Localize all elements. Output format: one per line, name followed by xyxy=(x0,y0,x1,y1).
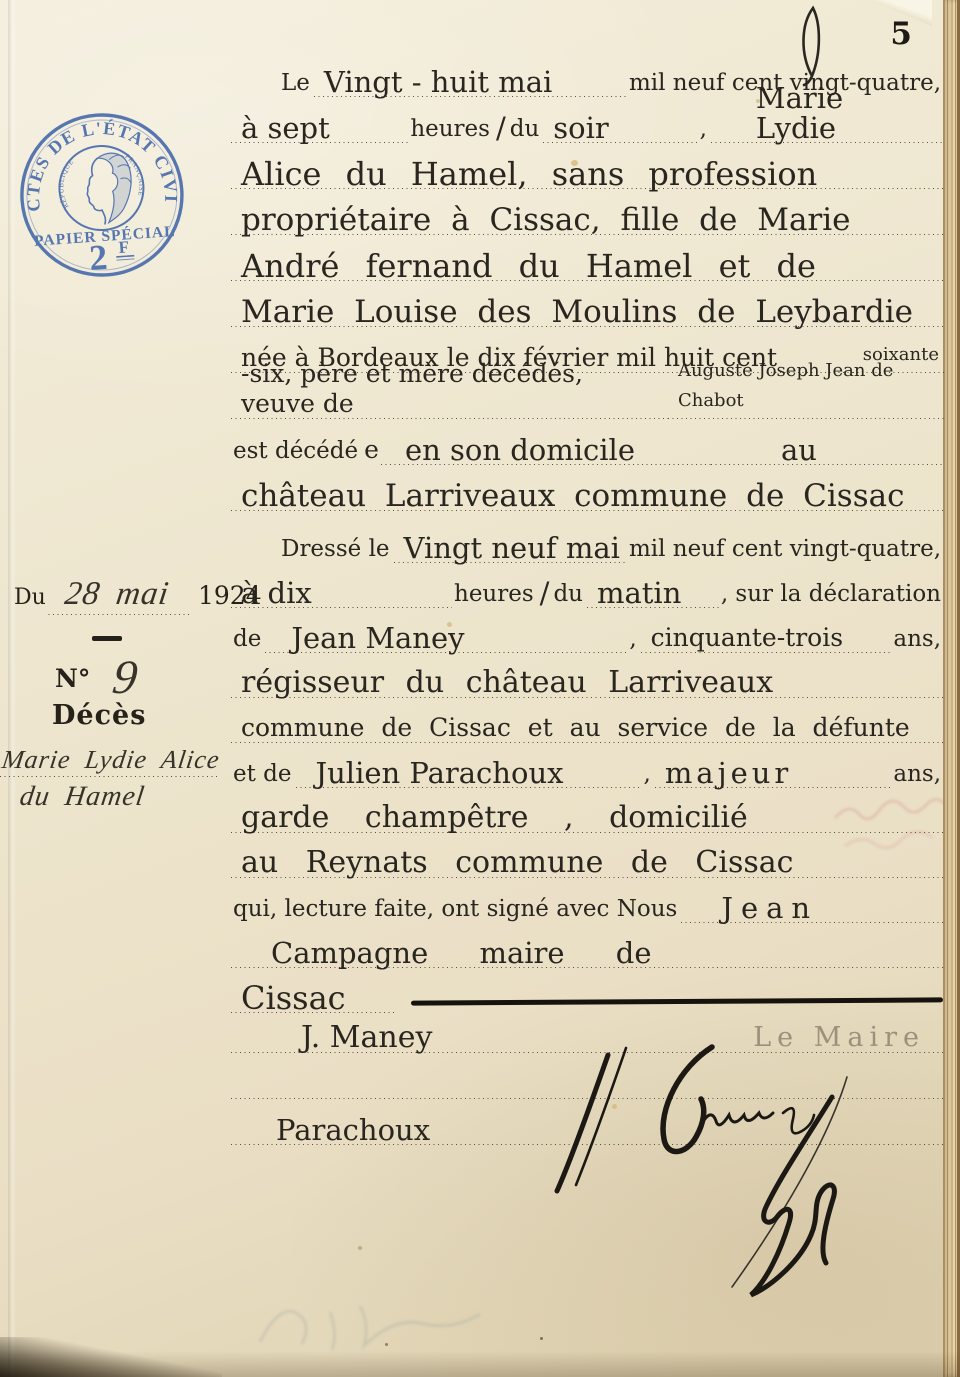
foxing-spot xyxy=(358,1246,362,1250)
printed-text: du xyxy=(551,581,587,608)
printed-text: ans, xyxy=(891,761,945,788)
numero-label: N° xyxy=(55,664,90,693)
printed-text: du xyxy=(508,116,544,143)
margin-date-handwritten: 28 mai xyxy=(48,576,195,615)
act-line-2: à sept heures / du soir , Marie Lydie xyxy=(231,97,945,143)
handwritten-text: garde champêtre , domicilié xyxy=(231,803,945,833)
printed-text: et de xyxy=(231,761,296,788)
handwritten-text-squeezed: Auguste Joseph Jean de Chabot xyxy=(668,356,945,419)
handwritten-name-start: Marie Lydie xyxy=(711,83,945,143)
printed-comma: , xyxy=(627,626,640,653)
act-line-3: Alice du Hamel, sans profession xyxy=(231,143,945,189)
marianne-profile-icon xyxy=(85,152,135,225)
handwritten-period: matin xyxy=(587,578,719,608)
revenue-stamp: ACTES DE L'ÉTAT CIVIL RÉPUBLIQUE FRANÇAI… xyxy=(10,102,194,290)
printed-text: mil neuf cent vingt-quatre, xyxy=(627,536,945,563)
handwritten-age: majeur xyxy=(655,758,892,788)
act-line-5: André fernand du Hamel et de xyxy=(231,235,945,281)
handwritten-text: régisseur du château Larriveaux xyxy=(231,668,945,698)
handwritten-slash: / xyxy=(538,578,552,608)
page-number: 5 xyxy=(890,16,912,52)
margin-date-line: Du 28 mai 1924 xyxy=(14,576,262,615)
act-line-6: Marie Louise des Moulins de Leybardie xyxy=(231,281,945,327)
acte-type-label: Décès xyxy=(52,700,146,731)
printed-comma: , xyxy=(698,116,711,143)
register-page: 5 ACTES DE L'ÉTAT CIVIL RÉPUBLIQUE FRANÇ… xyxy=(0,0,960,1377)
act-line-9: est décédé e en son domicile au xyxy=(231,419,945,465)
margin-deceased-name: Marie Lydie Alice du Hamel xyxy=(2,745,220,813)
handwritten-death-date: Vingt - huit mai xyxy=(314,67,627,97)
handwritten-age: cinquante-trois xyxy=(641,623,892,653)
act-line-12: à dix heures / du matin , sur la déclara… xyxy=(231,562,945,608)
printed-text: Le xyxy=(231,70,314,97)
handwritten-signatory-start: Jean xyxy=(681,893,945,923)
printed-text: Dressé le xyxy=(231,536,394,563)
act-line-20: Campagne maire de xyxy=(231,922,945,968)
page-crease-left xyxy=(8,0,16,1377)
handwritten-declarant-name: Julien Parachoux xyxy=(296,758,642,788)
printed-text: ans, xyxy=(891,626,945,653)
handwritten-text: commune de Cissac et au service de la dé… xyxy=(231,713,945,743)
handwritten-declarant-name: Jean Maney xyxy=(265,623,627,653)
signature-declarant-1: J. Maney xyxy=(231,1023,438,1053)
stamp-denomination-sup: F xyxy=(118,237,130,257)
deceased-name-line2: du Hamel xyxy=(0,781,222,813)
printed-text: heures xyxy=(452,581,538,608)
act-line-8: -six, père et mère décédés, veuve de Aug… xyxy=(231,373,945,419)
handwritten-text: château Larriveaux commune de Cissac xyxy=(231,481,945,511)
printed-text: est décédé xyxy=(231,438,362,465)
act-line-10: château Larriveaux commune de Cissac xyxy=(231,465,945,511)
handwritten-letter: e xyxy=(362,435,381,465)
act-line-16: et de Julien Parachoux , majeur ans, xyxy=(231,742,945,788)
printed-text: , sur la déclaration xyxy=(719,581,945,608)
margin-numero-line: N° 9 xyxy=(55,650,138,694)
act-line-13: de Jean Maney , cinquante-trois ans, xyxy=(231,607,945,653)
handwritten-text: propriétaire à Cissac, fille de Marie xyxy=(231,205,945,235)
act-line-17: garde champêtre , domicilié xyxy=(231,787,945,833)
printed-text: qui, lecture faite, ont signé avec Nous xyxy=(231,896,681,923)
handwritten-text: Marie Louise des Moulins de Leybardie xyxy=(231,297,945,327)
handwritten-record-date: Vingt neuf mai xyxy=(394,533,627,563)
printed-text: de xyxy=(231,626,265,653)
signature-declarant-2: Parachoux xyxy=(231,1115,436,1145)
act-line-15: commune de Cissac et au service de la dé… xyxy=(231,697,945,743)
act-line-14: régisseur du château Larriveaux xyxy=(231,652,945,698)
printed-comma: , xyxy=(642,761,655,788)
handwritten-text: André fernand du Hamel et de xyxy=(231,251,945,281)
mayor-signature xyxy=(480,1035,910,1345)
stamp-underline2 xyxy=(116,258,134,260)
handwritten-text: au Reynats commune de Cissac xyxy=(231,848,945,878)
handwritten-hour: à dix xyxy=(231,578,452,608)
act-line-11: Dressé le Vingt neuf mai mil neuf cent v… xyxy=(231,517,945,563)
ink-showthrough xyxy=(240,1282,500,1362)
handwritten-hour: à sept xyxy=(231,113,408,143)
act-line-19: qui, lecture faite, ont signé avec Nous … xyxy=(231,877,945,923)
deceased-name-line1: Marie Lydie Alice xyxy=(0,745,222,777)
handwritten-text: Alice du Hamel, sans profession xyxy=(231,159,945,189)
handwritten-text: au xyxy=(711,435,945,465)
stamp-republique-text: RÉPUBLIQUE xyxy=(55,157,78,210)
handwritten-period: soir xyxy=(543,113,697,143)
act-line-4: propriétaire à Cissac, fille de Marie xyxy=(231,189,945,235)
acte-number: 9 xyxy=(92,656,141,700)
ink-strike-line xyxy=(411,997,943,1005)
page-edge-bottom xyxy=(0,1351,960,1377)
handwritten-text: Campagne maire de xyxy=(231,938,945,968)
du-label: Du xyxy=(14,585,46,610)
stamp-denomination: 2 xyxy=(88,237,109,278)
printed-text: heures xyxy=(408,116,494,143)
handwritten-slash: / xyxy=(494,113,508,143)
handwritten-text: -six, père et mère décédés, veuve de xyxy=(231,359,668,419)
act-line-18: au Reynats commune de Cissac xyxy=(231,832,945,878)
margin-dash xyxy=(92,636,122,641)
handwritten-text: en son domicile xyxy=(381,435,711,465)
